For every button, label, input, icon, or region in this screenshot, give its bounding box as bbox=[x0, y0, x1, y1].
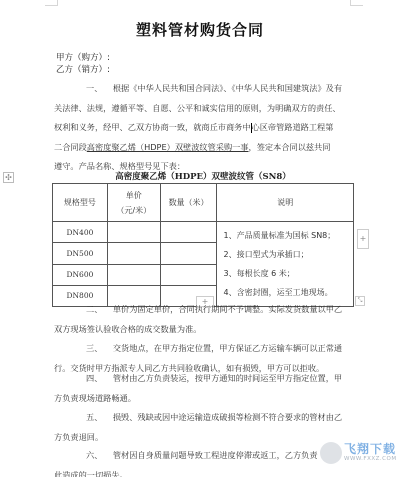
header-price-unit: （元/米） bbox=[108, 203, 160, 218]
document-title: 塑料管材购货合同 bbox=[0, 19, 400, 40]
clause-6[interactable]: 六、 管材因自身质量问题导致工程进度停滞或返工，乙方负责 此造成的一切损失。 bbox=[54, 446, 356, 477]
clause-text: 单价为固定单价，合同执行期间不予调整。实际发货数量以甲乙 bbox=[113, 304, 342, 314]
clause-number: 一、 bbox=[86, 83, 102, 93]
clause-text: 根据《中华人民共和国合同法》、《中华人民共和国建筑法》及有 bbox=[113, 83, 342, 93]
clause-number: 六、 bbox=[86, 450, 102, 460]
clause-number: 五、 bbox=[86, 412, 102, 422]
party-b-label: 乙方（销方）: bbox=[56, 63, 110, 75]
header-notes[interactable]: 说明 bbox=[217, 184, 354, 222]
clause-1[interactable]: 一、 根据《中华人民共和国合同法》、《中华人民共和国建筑法》及有 关法律、法规，… bbox=[54, 79, 356, 177]
clause-text: 此造成的一切损失。 bbox=[54, 466, 356, 477]
clause-text: 心区帝管路道路工程第 bbox=[252, 122, 334, 132]
header-model[interactable]: 规格型号 bbox=[53, 184, 108, 222]
note-item: 2、接口型式为承插口； bbox=[223, 245, 347, 264]
clause-text: 管材由乙方负责装运，按甲方通知的时间运至甲方指定位置，甲 bbox=[113, 373, 342, 383]
note-item: 3、每根长度 6 米； bbox=[223, 264, 347, 283]
clause-text: 二合同段 bbox=[54, 142, 87, 152]
watermark: 飞翔下载 WWW.FXXZ.COM bbox=[320, 440, 400, 466]
clause-text: 交货地点，在甲方指定位置，甲方保证乙方运输车辆可以正常通 bbox=[113, 343, 342, 353]
clause-number: 四、 bbox=[86, 373, 102, 383]
watermark-url: WWW.FXXZ.COM bbox=[344, 456, 397, 462]
clause-text: 双方现场签认验收合格的成交数量为准。 bbox=[54, 320, 356, 340]
header-price-line: 单价 bbox=[108, 188, 160, 203]
clause-text: 方负责退回。 bbox=[54, 428, 356, 448]
clause-number: 三、 bbox=[86, 343, 102, 353]
watermark-logo-icon bbox=[320, 442, 342, 464]
page-corner-mark-top-right bbox=[350, 0, 363, 6]
clause-text: 损毁、残缺或因中途运输造成破损等检测不符合要求的管材由乙 bbox=[113, 412, 342, 422]
clause-text: 权利和义务，经甲、乙双方协商一致，就商丘市商务中 bbox=[54, 122, 251, 132]
product-spec-table[interactable]: 规格型号 单价 （元/米） 数量（米） 说明 DN400 1、产品质量标准为国标… bbox=[52, 183, 354, 307]
clause-4[interactable]: 四、 管材由乙方负责装运，按甲方通知的时间运至甲方指定位置，甲 方负责现场道路畅… bbox=[54, 369, 356, 408]
cell-model[interactable]: DN400 bbox=[53, 222, 108, 243]
page-corner-mark-top-left bbox=[45, 0, 58, 6]
clause-2[interactable]: 二、 单价为固定单价，合同执行期间不予调整。实际发货数量以甲乙 双方现场签认验收… bbox=[54, 300, 356, 339]
clause-5[interactable]: 五、 损毁、残缺或因中途运输造成破损等检测不符合要求的管材由乙 方负责退回。 bbox=[54, 408, 356, 447]
table-move-handle-icon[interactable]: ✣ bbox=[3, 172, 14, 183]
cell-price[interactable] bbox=[107, 243, 160, 264]
clause-text: 管材因自身质量问题导致工程进度停滞或返工，乙方负责 bbox=[113, 450, 318, 460]
add-column-button[interactable]: + bbox=[357, 229, 369, 249]
table-resize-handle-icon[interactable]: ⤡ bbox=[355, 296, 365, 306]
cell-price[interactable] bbox=[107, 264, 160, 285]
cell-quantity[interactable] bbox=[160, 264, 217, 285]
header-unit-price[interactable]: 单价 （元/米） bbox=[107, 184, 160, 222]
header-quantity[interactable]: 数量（米） bbox=[160, 184, 217, 222]
cell-quantity[interactable] bbox=[160, 243, 217, 264]
watermark-brand: 飞翔下载 bbox=[344, 440, 396, 457]
table-row: DN400 1、产品质量标准为国标 SN8； 2、接口型式为承插口； 3、每根长… bbox=[53, 222, 354, 243]
party-a-label: 甲方（购方）: bbox=[56, 51, 110, 63]
clause-text: ，签定本合同以兹共同 bbox=[249, 142, 331, 152]
table-header-row: 规格型号 单价 （元/米） 数量（米） 说明 bbox=[53, 184, 354, 222]
cell-model[interactable]: DN600 bbox=[53, 264, 108, 285]
table-caption: 高密度聚乙烯（HDPE）双壁波纹管（SN8） bbox=[52, 170, 354, 182]
note-item: 1、产品质量标准为国标 SN8； bbox=[223, 226, 347, 245]
cell-notes[interactable]: 1、产品质量标准为国标 SN8； 2、接口型式为承插口； 3、每根长度 6 米；… bbox=[217, 222, 354, 307]
cell-model[interactable]: DN500 bbox=[53, 243, 108, 264]
clause-text: 关法律、法规，遵循平等、自愿、公平和诚实信用的原则，为明确双方的责任、 bbox=[54, 99, 356, 119]
clause-text: 方负责现场道路畅通。 bbox=[54, 389, 356, 409]
cell-price[interactable] bbox=[107, 222, 160, 243]
cell-quantity[interactable] bbox=[160, 222, 217, 243]
underlined-product-name: 高密度聚乙烯（HDPE）双壁波纹管采购一事 bbox=[87, 142, 249, 152]
clause-number: 二、 bbox=[86, 304, 102, 314]
